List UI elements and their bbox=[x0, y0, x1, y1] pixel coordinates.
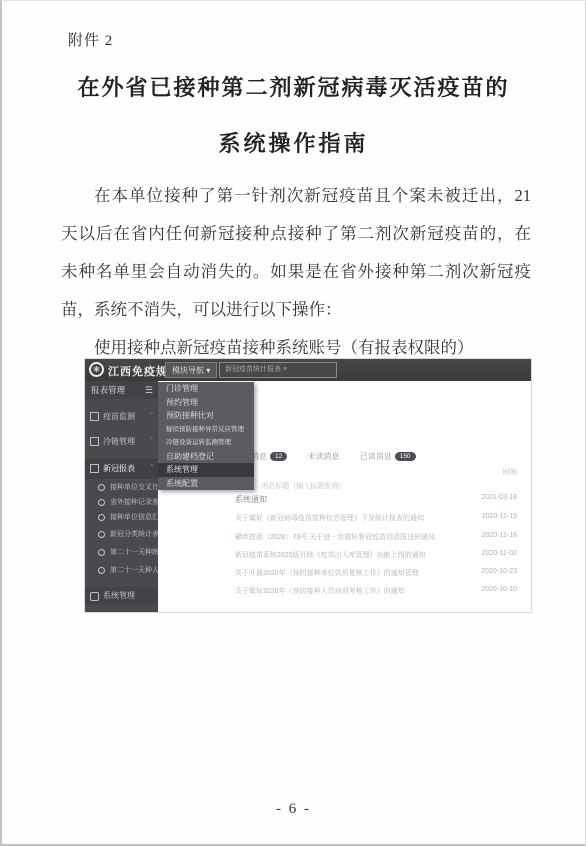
sidebar-subitem[interactable]: 接种单位交叉比… bbox=[85, 480, 158, 495]
module-nav-dropdown: 门诊管理 预约管理 预防接种比对 疑似预防接种异常反应管理 冷链设备运转监测管理… bbox=[158, 382, 254, 490]
grid-icon bbox=[90, 437, 99, 446]
menu-item-coldchain-monitor[interactable]: 冷链设备运转监测管理 bbox=[158, 436, 254, 450]
menu-item-vaccination-compare[interactable]: 预防接种比对 bbox=[158, 409, 254, 423]
app-sidebar: 报表管理 ☰ 疫苗监测 ˇ 冷链管理 ˇ 新冠报表 ˆ 接种单位交叉比… 省外接… bbox=[85, 381, 158, 612]
count-badge: 12 bbox=[270, 452, 287, 461]
tab-label: 未读消息 bbox=[307, 452, 339, 461]
radio-icon bbox=[98, 484, 105, 491]
menu-item-appointment[interactable]: 预约管理 bbox=[158, 396, 254, 410]
sidebar-subitem-label: 第二十一天种人 bbox=[110, 567, 158, 574]
document-title-line2: 系统操作指南 bbox=[2, 127, 585, 158]
document-page: 附件 2 在外省已接种第二剂新冠病毒灭活疫苗的 系统操作指南 在本单位接种了第一… bbox=[0, 0, 586, 846]
sidebar-group-covid-reports[interactable]: 新冠报表 ˆ bbox=[85, 459, 158, 479]
module-nav-button[interactable]: 模块导航 ▾ bbox=[165, 362, 217, 378]
sidebar-group-label: 疫苗监测 bbox=[103, 412, 135, 421]
menu-icon: ☰ bbox=[145, 381, 153, 399]
menu-item-self-register[interactable]: 自助建档登记 bbox=[158, 450, 254, 464]
sidebar-header-label: 报表管理 bbox=[91, 385, 125, 395]
attachment-label: 附件 2 bbox=[68, 29, 113, 50]
sidebar-group-label: 冷链管理 bbox=[103, 437, 135, 446]
section-system-notice: 系统通知 2021-03-18 bbox=[235, 494, 517, 506]
message-tabs: 全部消息12 未读消息 已读消息150 bbox=[235, 451, 523, 465]
message-title: 关于开展2020年《预防接种单位资质复核工作》的通知管理 bbox=[235, 568, 419, 578]
report-icon bbox=[90, 464, 99, 473]
message-date: 2020-11-19 bbox=[482, 513, 517, 520]
menu-item-clinic[interactable]: 门诊管理 bbox=[158, 382, 254, 396]
message-date: 2020-11-16 bbox=[482, 532, 517, 539]
chart-icon bbox=[90, 412, 99, 421]
sidebar-subitem[interactable]: 新冠分类统计表 bbox=[85, 527, 158, 542]
message-title: 新冠疫苗系统2020版升级《疫苗出入库管理》功能上线的通知 bbox=[235, 550, 426, 560]
sidebar-group-vaccine-monitor[interactable]: 疫苗监测 ˇ bbox=[85, 407, 158, 427]
title-filter[interactable]: 标题 消息标题（输入标题查询） bbox=[235, 480, 523, 492]
tab-read-messages[interactable]: 已读消息150 bbox=[360, 451, 416, 462]
tab-label: 已读消息 bbox=[360, 452, 392, 461]
chevron-down-icon: ˇ bbox=[151, 407, 153, 427]
sidebar-group-coldchain[interactable]: 冷链管理 ˇ bbox=[85, 432, 158, 452]
menu-item-system-management[interactable]: 系统管理 bbox=[158, 463, 254, 477]
sidebar-subitem[interactable]: 第二十一天种统… bbox=[85, 545, 158, 560]
sidebar-item-label: 系统管理 bbox=[103, 591, 135, 600]
sidebar-subitem[interactable]: 省外接种记录查… bbox=[85, 495, 158, 510]
sidebar-subitem[interactable]: 接种单位信息汇… bbox=[85, 510, 158, 525]
sidebar-subitem[interactable]: 第二十一天种人 bbox=[85, 563, 158, 578]
message-row[interactable]: 关于做好《新冠病毒疫苗接种信息管理》下发统计报表的通知2020-11-19 bbox=[235, 513, 517, 525]
sidebar-item-system[interactable]: 系统管理 bbox=[85, 587, 158, 605]
message-row[interactable]: 关于开展2020年《预防接种单位资质复核工作》的通知管理2020-10-23 bbox=[235, 568, 517, 580]
chevron-up-icon: ˆ bbox=[151, 459, 153, 479]
radio-icon bbox=[98, 549, 105, 556]
time-column-header: 时间 bbox=[235, 467, 517, 477]
radio-icon bbox=[98, 499, 105, 506]
sidebar-subitem-label: 省外接种记录查… bbox=[110, 499, 158, 506]
open-tab-label: 新冠疫苗统计报表 bbox=[225, 366, 281, 373]
close-icon: × bbox=[283, 366, 287, 373]
app-header-bar: ❋ 江西免疫规划 模块导航 ▾ 新冠疫苗统计报表 × bbox=[85, 359, 531, 381]
body-line: 天以后在省内任何新冠接种点接种了第二剂次新冠疫苗的，在 bbox=[61, 215, 531, 253]
document-title-line1: 在外省已接种第二剂新冠病毒灭活疫苗的 bbox=[2, 71, 585, 102]
tab-unread-messages[interactable]: 未读消息 bbox=[307, 451, 339, 462]
body-line: 在本单位接种了第一针剂次新冠疫苗且个案未被迁出，21 bbox=[61, 177, 531, 215]
gear-icon bbox=[90, 592, 99, 601]
body-paragraph: 在本单位接种了第一针剂次新冠疫苗且个案未被迁出，21 天以后在省内任何新冠接种点… bbox=[61, 177, 531, 367]
body-line: 苗，系统不消失，可以进行以下操作： bbox=[61, 291, 531, 329]
radio-icon bbox=[98, 531, 105, 538]
sidebar-subitem-label: 新冠分类统计表 bbox=[110, 531, 158, 538]
radio-icon bbox=[98, 567, 105, 574]
section-date: 2021-03-18 bbox=[481, 494, 517, 501]
menu-item-aefi[interactable]: 疑似预防接种异常反应管理 bbox=[158, 423, 254, 437]
open-tab[interactable]: 新冠疫苗统计报表 × bbox=[219, 362, 337, 378]
section-title: 系统通知 bbox=[235, 495, 267, 504]
chevron-down-icon: ▾ bbox=[206, 366, 210, 375]
count-badge: 150 bbox=[395, 452, 416, 461]
message-date: 2020-10-23 bbox=[481, 568, 517, 575]
body-line: 未种名单里会自动消失的。如果是在省外接种第二剂次新冠疫 bbox=[61, 253, 531, 291]
sidebar-subitem-label: 接种单位信息汇… bbox=[110, 514, 158, 521]
message-title: 关于做好2020年《预防接种人员培训考核工作》的通知 bbox=[235, 586, 405, 596]
sidebar-subitem-label: 接种单位交叉比… bbox=[110, 484, 158, 491]
sidebar-group-label: 新冠报表 bbox=[103, 464, 135, 473]
message-row[interactable]: 关于做好2020年《预防接种人员培训考核工作》的通知2020-10-10 bbox=[235, 586, 517, 598]
module-nav-label: 模块导航 bbox=[172, 366, 204, 375]
app-screenshot: ❋ 江西免疫规划 模块导航 ▾ 新冠疫苗统计报表 × 报表管理 ☰ 疫苗监测 ˇ… bbox=[84, 358, 532, 613]
message-title: 关于做好《新冠病毒疫苗接种信息管理》下发统计报表的通知 bbox=[235, 513, 424, 523]
message-row[interactable]: 赣疾控函〔2020〕79号 关于进一步做好新冠疫苗信息报送的通知2020-11-… bbox=[235, 532, 517, 544]
message-date: 2020-10-10 bbox=[481, 586, 517, 593]
message-date: 2020-11-02 bbox=[482, 550, 517, 557]
menu-item-system-config[interactable]: 系统配置 bbox=[158, 477, 254, 491]
sidebar-subitem-label: 第二十一天种统… bbox=[110, 549, 158, 556]
radio-icon bbox=[98, 514, 105, 521]
sidebar-header[interactable]: 报表管理 ☰ bbox=[85, 381, 158, 399]
chevron-down-icon: ˇ bbox=[151, 432, 153, 452]
message-title: 赣疾控函〔2020〕79号 关于进一步做好新冠疫苗信息报送的通知 bbox=[235, 532, 435, 542]
page-number: - 6 - bbox=[2, 801, 585, 818]
filter-placeholder: 消息标题（输入标题查询） bbox=[261, 483, 345, 490]
message-row[interactable]: 新冠疫苗系统2020版升级《疫苗出入库管理》功能上线的通知2020-11-02 bbox=[235, 550, 517, 562]
app-logo-icon: ❋ bbox=[89, 362, 104, 377]
